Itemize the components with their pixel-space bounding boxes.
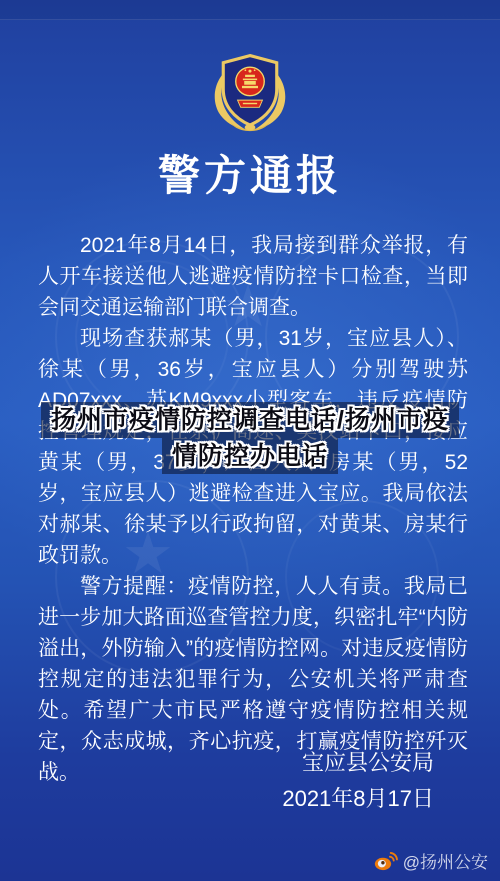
signature-block: 宝应县公安局 2021年8月17日 — [282, 745, 434, 817]
signature-date: 2021年8月17日 — [282, 781, 434, 817]
notice-title: 警方通报 — [0, 143, 500, 203]
weibo-handle: @扬州公安 — [403, 848, 488, 873]
overlay-caption-line1: 扬州市疫情防控调查电话/扬州市疫 — [41, 402, 459, 438]
overlay-caption-line2: 情防控办电话 — [162, 438, 338, 474]
police-badge-icon — [203, 52, 297, 134]
top-edge-band — [0, 0, 500, 20]
notice-paragraph-1: 2021年8月14日，我局接到群众举报，有人开车接送他人逃避疫情防控卡口检查，当… — [38, 230, 468, 323]
weibo-icon — [374, 850, 398, 871]
notice-body: 2021年8月14日，我局接到群众举报，有人开车接送他人逃避疫情防控卡口检查，当… — [38, 230, 468, 788]
weibo-watermark: @扬州公安 — [374, 848, 488, 873]
overlay-caption: 扬州市疫情防控调查电话/扬州市疫 情防控办电话 — [0, 402, 500, 474]
police-notice-poster: ★ ★ 警方通报 — [0, 0, 500, 881]
signature-org: 宝应县公安局 — [282, 745, 434, 781]
